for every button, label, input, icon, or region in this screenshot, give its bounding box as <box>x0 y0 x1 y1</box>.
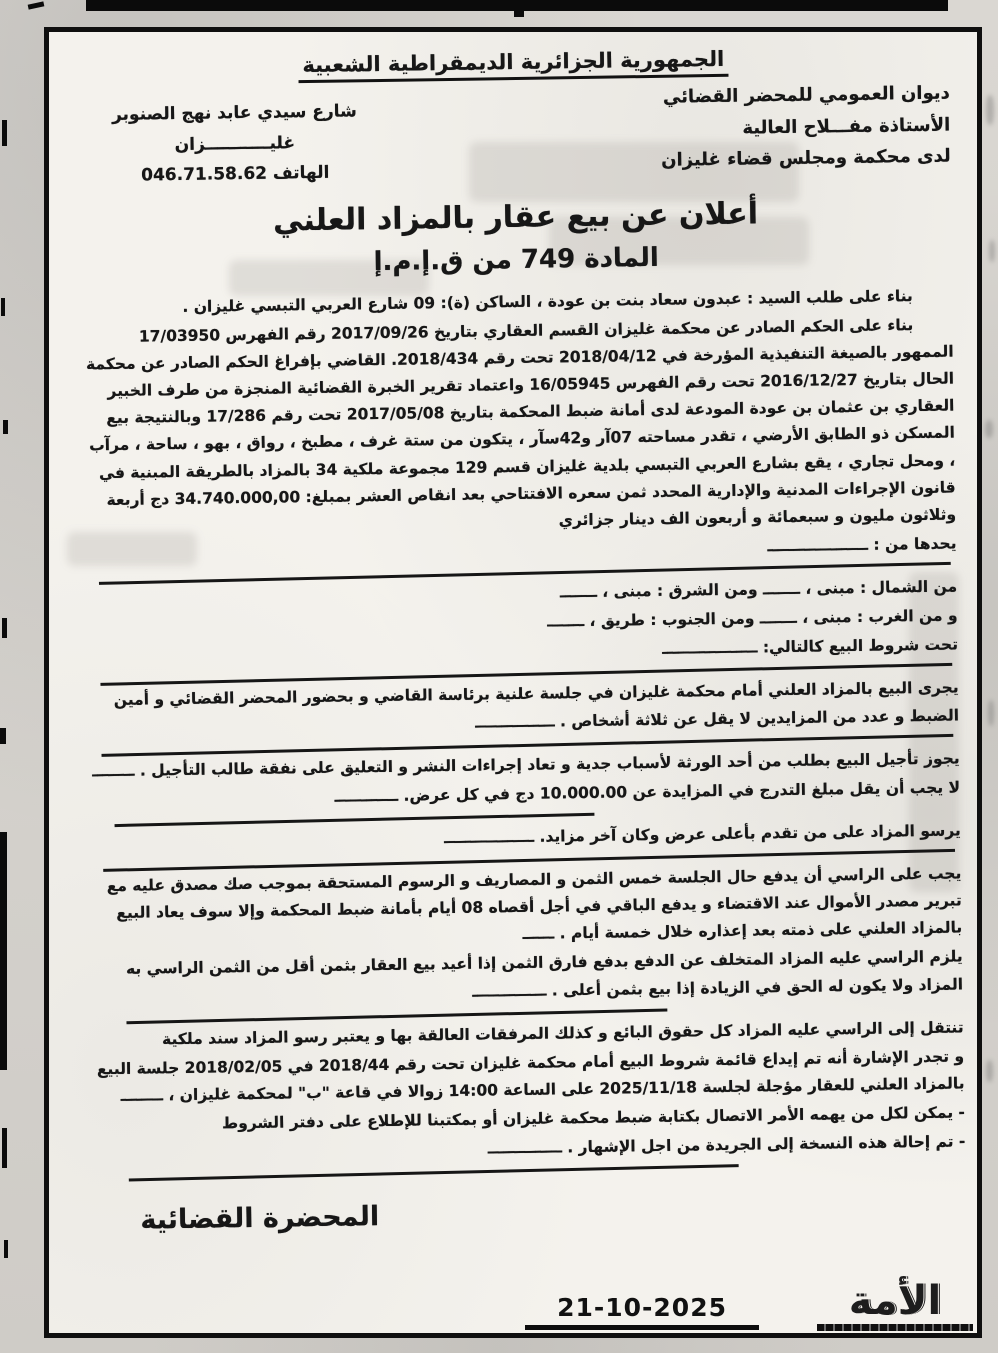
paragraph-payment: يجب على الراسي أن يدفع حال الجلسة خمس ال… <box>89 860 962 954</box>
scan-smudge <box>986 95 994 125</box>
newspaper-logo-text: الأمة <box>817 1281 973 1321</box>
office-address-block: شارع سيدي عابد نهج الصنوبر غليــــــــــ… <box>112 96 358 191</box>
scan-smudge <box>986 1060 993 1082</box>
document-body: بناء على طلب السيد : عبدون سعاد بنت بن ع… <box>81 282 966 1179</box>
scan-smudge <box>988 700 994 726</box>
scan-smudge <box>985 420 993 438</box>
paragraph-default-bidder: يلزم الراسي عليه المزاد المتخلف عن الدفع… <box>90 944 963 1011</box>
paragraph-conditions-deposit: و تجدر الإشارة أنه تم إيداع قائمة شروط ا… <box>92 1043 965 1110</box>
scan-artifact-left-blob <box>2 618 7 638</box>
republic-title: الجمهورية الجزائرية الديمقراطية الشعبية <box>298 47 728 83</box>
scan-smudge <box>989 240 995 262</box>
article-reference: المادة 749 من ق.إ.م.إ <box>80 238 952 281</box>
scan-artifact-top-left-mark <box>28 1 45 9</box>
bailiff-office-block: ديوان العمومي للمحضر القضائي الأستاذة مف… <box>660 78 951 177</box>
bailiff-office-line-3: لدى محكمة ومجلس قضاء غليزان <box>661 141 951 177</box>
office-address-line-2: غليـــــــــــزان <box>112 127 357 161</box>
newspaper-logo: الأمة <box>817 1281 973 1331</box>
separator-rule <box>129 1164 739 1181</box>
bailiff-signature: المحضرة القضائية <box>140 1201 379 1236</box>
bailiff-office-line-2: الأستاذة مفـــلاح العالية <box>660 109 950 145</box>
publication-date: 21-10-2025 <box>525 1293 759 1330</box>
scan-artifact-left-blob <box>0 728 6 744</box>
document-header: ديوان العمومي للمحضر القضائي الأستاذة مف… <box>78 78 951 193</box>
scanned-document-page: الجمهورية الجزائرية الديمقراطية الشعبية … <box>0 0 998 1353</box>
scan-artifact-left-blob <box>2 120 7 146</box>
scan-artifact-left-blob <box>2 1128 7 1168</box>
office-address-line-3: الهاتف 046.71.58.62 <box>113 158 358 192</box>
scan-artifact-top-tick <box>514 0 524 17</box>
office-address-line-1: شارع سيدي عابد نهج الصنوبر <box>112 96 357 130</box>
paragraph-session: يجرى البيع بالمزاد العلني أمام محكمة غلي… <box>87 675 960 742</box>
newspaper-logo-tagline-bar <box>817 1324 973 1331</box>
paragraph-judgment: بناء على الحكم الصادر عن محكمة غليزان ال… <box>81 311 956 541</box>
bailiff-office-line-1: ديوان العمومي للمحضر القضائي <box>660 78 950 114</box>
scan-artifact-left-blob <box>1 298 5 316</box>
scan-artifact-left-bar <box>0 832 7 1070</box>
scan-artifact-left-blob <box>4 1240 8 1258</box>
auction-title: أعلان عن بيع عقار بالمزاد العلني <box>79 193 951 241</box>
document-frame: الجمهورية الجزائرية الديمقراطية الشعبية … <box>44 27 982 1338</box>
scan-artifact-left-blob <box>3 420 8 434</box>
document-content: الجمهورية الجزائرية الديمقراطية الشعبية … <box>77 38 967 1237</box>
